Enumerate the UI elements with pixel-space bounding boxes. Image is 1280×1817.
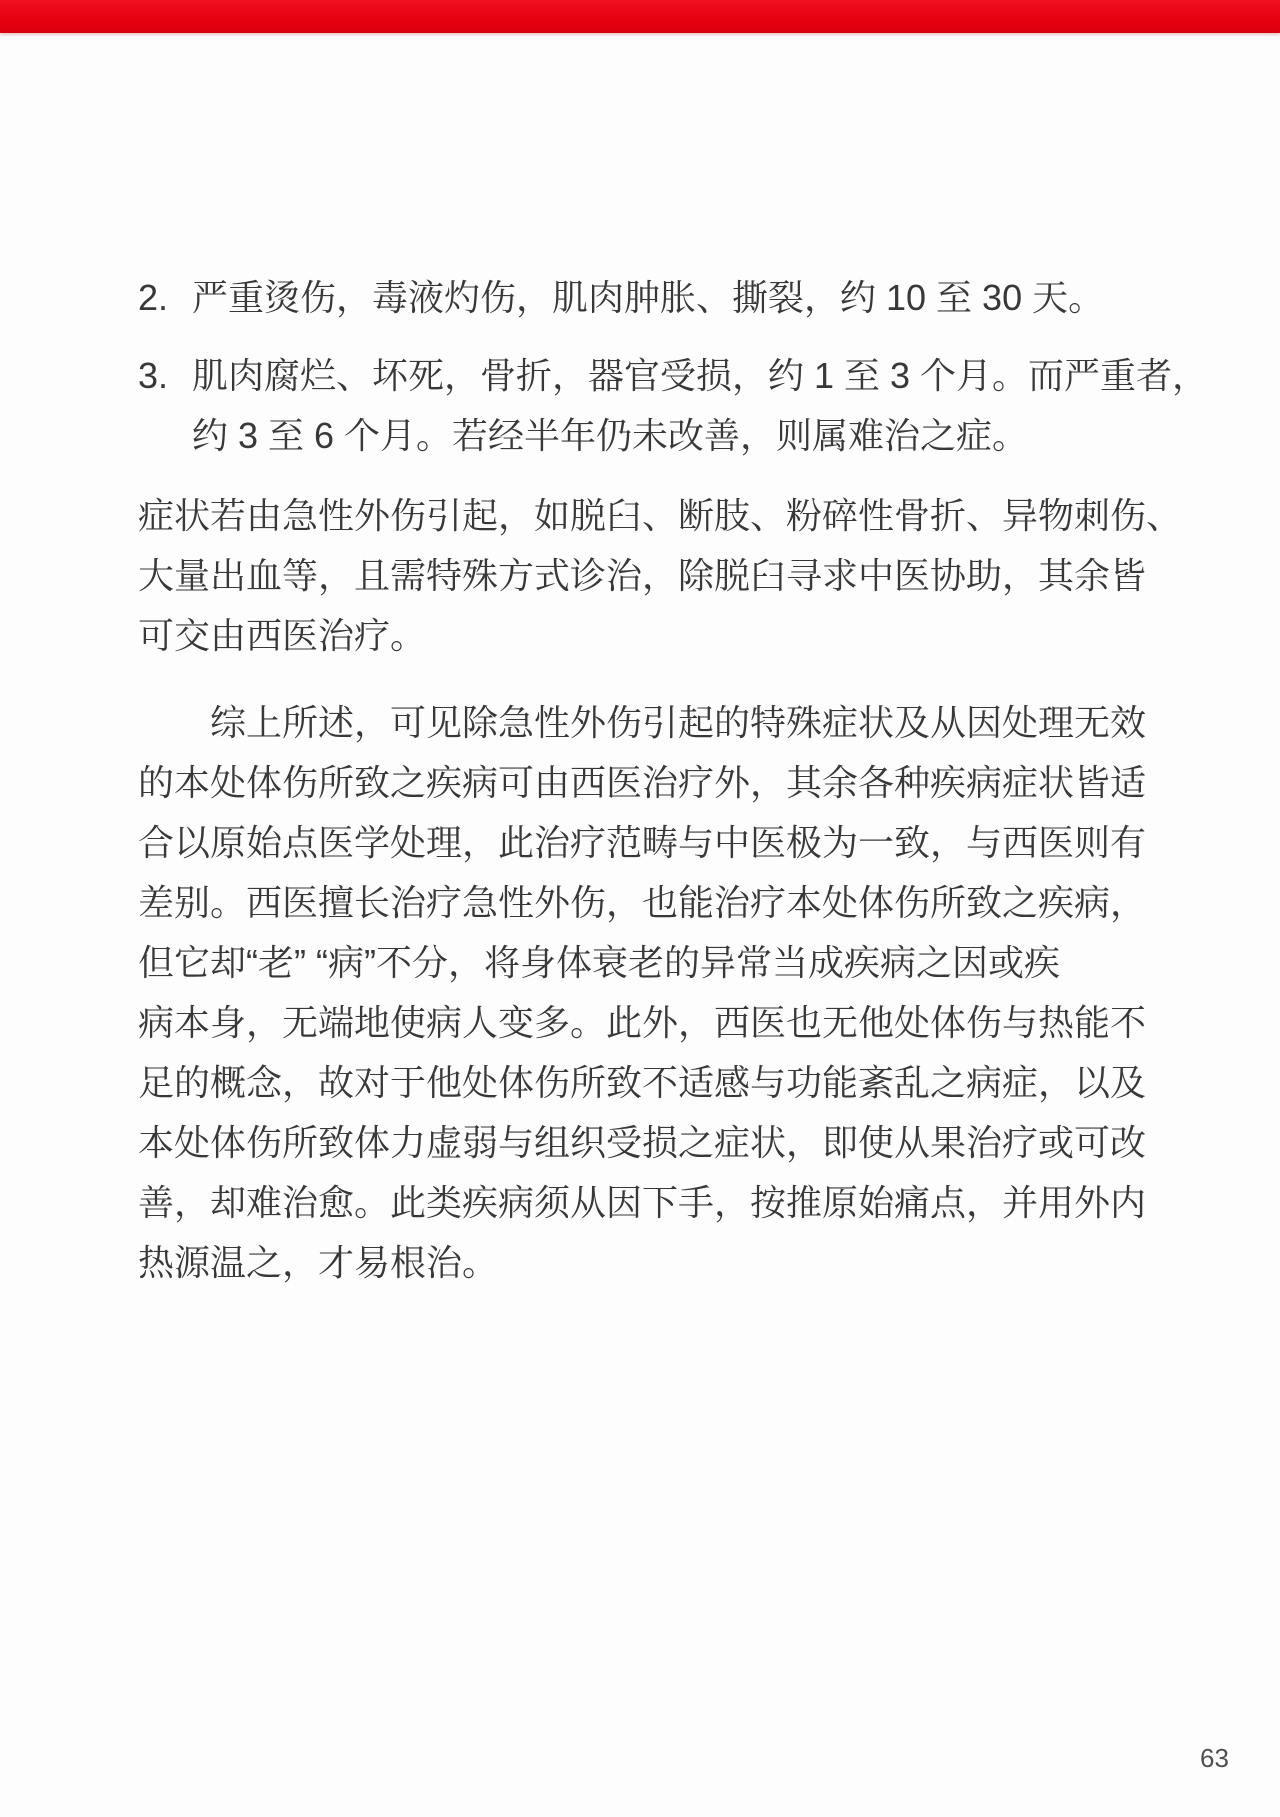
list-item-marker: 2.	[138, 268, 192, 328]
list-item-marker: 3.	[138, 346, 192, 406]
top-accent-bar	[0, 0, 1280, 33]
text-line: 善，却难治愈。此类疾病须从因下手，按推原始痛点，并用外内	[138, 1173, 1148, 1233]
text-line: 大量出血等，且需特殊方式诊治，除脱臼寻求中医协助，其余皆	[138, 546, 1148, 606]
text-line: 可交由西医治疗。	[138, 606, 1148, 666]
text-line: 但它却“老” “病”不分，将身体衰老的异常当成疾病之因或疾	[138, 933, 1148, 993]
text-line: 差别。西医擅长治疗急性外伤，也能治疗本处体伤所致之疾病，	[138, 873, 1148, 933]
text-line: 的本处体伤所致之疾病可由西医治疗外，其余各种疾病症状皆适	[138, 753, 1148, 813]
text-line: 本处体伤所致体力虚弱与组织受损之症状，即使从果治疗或可改	[138, 1113, 1148, 1173]
text-line: 约 3 至 6 个月。若经半年仍未改善，则属难治之症。	[192, 406, 1208, 466]
text-line: 严重烫伤，毒液灼伤，肌肉肿胀、撕裂，约 10 至 30 天。	[192, 268, 1148, 328]
list-item-text: 严重烫伤，毒液灼伤，肌肉肿胀、撕裂，约 10 至 30 天。	[192, 268, 1148, 328]
numbered-list-item-2: 2. 严重烫伤，毒液灼伤，肌肉肿胀、撕裂，约 10 至 30 天。	[138, 268, 1148, 328]
text-line: 综上所述，可见除急性外伤引起的特殊症状及从因处理无效	[138, 693, 1148, 753]
text-line: 足的概念，故对于他处体伤所致不适感与功能紊乱之病症，以及	[138, 1053, 1148, 1113]
list-item-text: 肌肉腐烂、坏死，骨折，器官受损，约 1 至 3 个月。而严重者， 约 3 至 6…	[192, 346, 1208, 466]
page-number: 63	[1200, 1742, 1229, 1774]
paragraph-summary: 综上所述，可见除急性外伤引起的特殊症状及从因处理无效 的本处体伤所致之疾病可由西…	[138, 693, 1148, 1293]
text-line: 肌肉腐烂、坏死，骨折，器官受损，约 1 至 3 个月。而严重者，	[192, 346, 1208, 406]
text-line: 症状若由急性外伤引起，如脱臼、断肢、粉碎性骨折、异物刺伤、	[138, 486, 1148, 546]
page-body-text: 2. 严重烫伤，毒液灼伤，肌肉肿胀、撕裂，约 10 至 30 天。 3. 肌肉腐…	[138, 268, 1148, 1293]
text-line: 合以原始点医学处理，此治疗范畴与中医极为一致，与西医则有	[138, 813, 1148, 873]
text-line: 病本身，无端地使病人变多。此外，西医也无他处体伤与热能不	[138, 993, 1148, 1053]
numbered-list-item-3: 3. 肌肉腐烂、坏死，骨折，器官受损，约 1 至 3 个月。而严重者， 约 3 …	[138, 346, 1148, 466]
paragraph-acute-trauma: 症状若由急性外伤引起，如脱臼、断肢、粉碎性骨折、异物刺伤、 大量出血等，且需特殊…	[138, 486, 1148, 666]
text-line: 热源温之，才易根治。	[138, 1233, 1148, 1293]
